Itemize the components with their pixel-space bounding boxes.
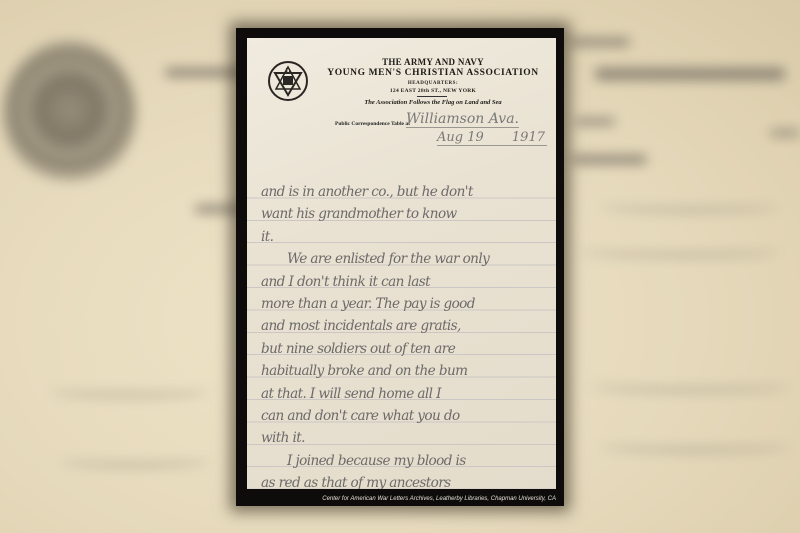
letter-line: habitually broke and on the bum [261,360,551,382]
letterhead-motto: The Association Follows the Flag on Land… [317,99,549,106]
letter-body: and is in another co., but he don't want… [261,181,551,489]
letterhead-rule [417,96,447,97]
letterhead-address: 124 EAST 28th ST., NEW YORK [317,88,549,94]
letter-line: it. [261,226,551,248]
letterhead-line1: THE ARMY AND NAVY [317,57,549,67]
letter-line: and most incidentals are gratis, [261,315,551,337]
handwritten-date: Aug 19 1917 [437,130,547,146]
ymca-triangle-seal-icon: D [268,61,308,101]
svg-text:D: D [285,67,290,75]
date-day: Aug 19 [437,130,484,145]
letterhead-headquarters-label: HEADQUARTERS: [317,81,549,86]
letter-line: as red as that of my ancestors [261,472,551,489]
letter-line: with it. [261,427,551,449]
letter-line: but nine soldiers out of ten are [261,338,551,360]
letter-line: and is in another co., but he don't [261,181,551,203]
letter-frame: D THE ARMY AND NAVY YOUNG MEN'S CHRISTIA… [236,28,564,506]
handwritten-place: Williamson Ava. [406,111,519,128]
archive-credit-caption: Center for American War Letters Archives… [236,496,556,502]
date-year: 1917 [512,130,545,145]
letterhead-organization: YOUNG MEN'S CHRISTIAN ASSOCIATION [317,68,549,78]
letter-line: I joined because my blood is [261,450,551,472]
letter-line: and I don't think it can last [261,271,551,293]
letter-line: We are enlisted for the war only [261,248,551,270]
blurred-seal [2,40,137,185]
correspondence-table-label: Public Correspondence Table at [335,121,410,127]
letter-line: can and don't care what you do [261,405,551,427]
letter-line: more than a year. The pay is good [261,293,551,315]
letter-paper: D THE ARMY AND NAVY YOUNG MEN'S CHRISTIA… [247,38,556,489]
letter-line: at that. I will send home all I [261,383,551,405]
letter-line: want his grandmother to know [261,203,551,225]
